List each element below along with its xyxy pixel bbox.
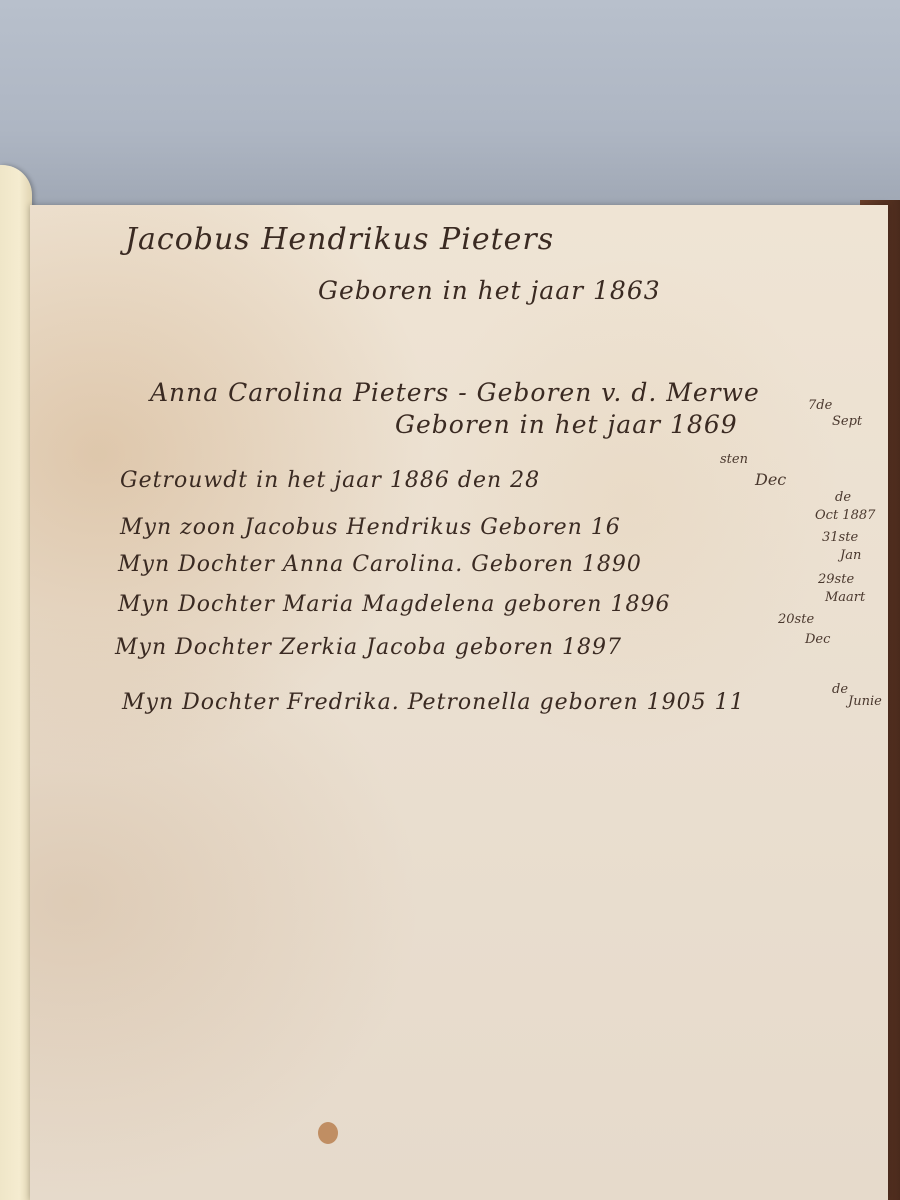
child-entry-3: Myn Dochter Maria Magdelena geboren 1896 (118, 592, 670, 617)
marriage-entry: Getrouwdt in het jaar 1886 den 28 (120, 468, 540, 493)
mother-birth-year: Geboren in het jaar 1869 (395, 410, 738, 439)
child-entry-1: Myn zoon Jacobus Hendrikus Geboren 16 (120, 515, 621, 540)
mother-name: Anna Carolina Pieters - Geboren v. d. Me… (150, 378, 760, 407)
facing-page-edge (0, 165, 32, 1200)
child-2-day: 31ste (822, 530, 858, 545)
child-1-day-suffix: de (835, 490, 851, 505)
child-3-month: Maart (825, 590, 865, 605)
mother-birth-day: 7de (808, 398, 832, 413)
marriage-month: Dec (755, 470, 786, 489)
marriage-day-suffix: sten (720, 452, 748, 467)
background-wall (0, 0, 900, 215)
father-birth-year: Geboren in het jaar 1863 (318, 276, 661, 305)
child-entry-5: Myn Dochter Fredrika. Petronella geboren… (122, 690, 745, 715)
child-entry-4: Myn Dochter Zerkia Jacoba geboren 1897 (115, 635, 622, 660)
child-1-month-year: Oct 1887 (815, 508, 875, 523)
child-5-month: Junie (848, 694, 882, 709)
child-4-day: 20ste (778, 612, 814, 627)
child-4-month: Dec (805, 632, 830, 647)
mother-birth-month: Sept (832, 414, 862, 429)
child-5-day-suffix: de (832, 682, 848, 697)
paper-stain (318, 1122, 338, 1144)
child-3-day: 29ste (818, 572, 854, 587)
father-name: Jacobus Hendrikus Pieters (125, 222, 554, 257)
child-entry-2: Myn Dochter Anna Carolina. Geboren 1890 (118, 552, 642, 577)
child-2-month: Jan (840, 548, 861, 563)
